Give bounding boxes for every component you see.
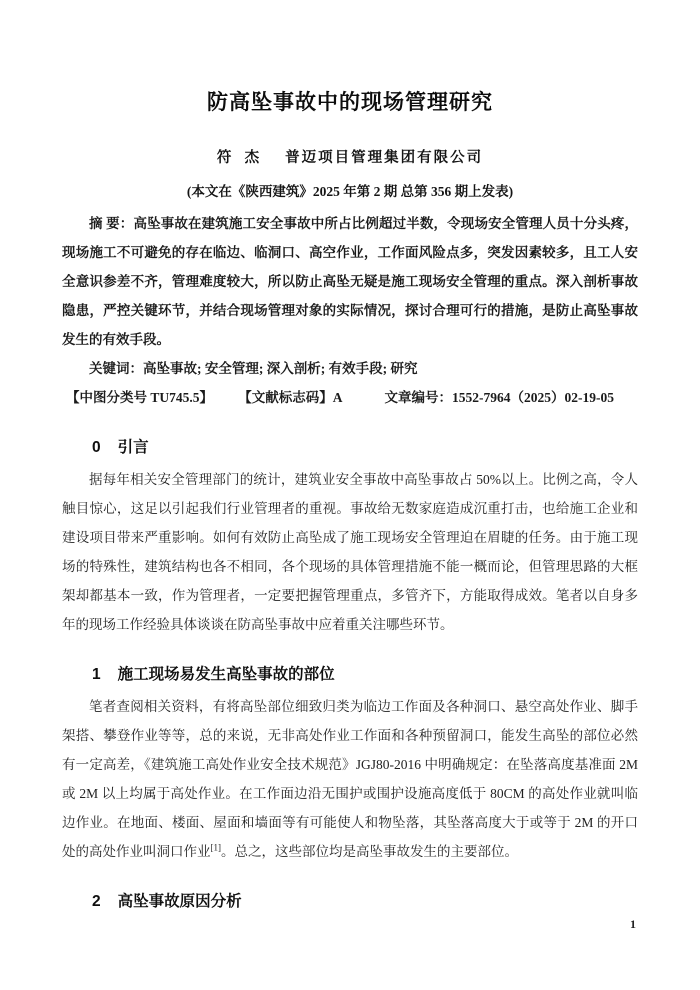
section-number: 1 — [92, 666, 101, 683]
meta-line: 【中图分类号 TU745.5】【文献标志码】A文章编号：1552-7964（20… — [62, 383, 638, 412]
section-title: 高坠事故原因分析 — [118, 893, 242, 910]
section-heading-1: 1施工现场易发生高坠事故的部位 — [62, 662, 638, 684]
article-number: 文章编号：1552-7964（2025）02-19-05 — [385, 390, 615, 405]
abstract: 摘 要：高坠事故在建筑施工安全事故中所占比例超过半数，令现场安全管理人员十分头疼… — [62, 209, 638, 354]
paper-page: 防高坠事故中的现场管理研究 符 杰普迈项目管理集团有限公司 (本文在《陕西建筑》… — [0, 0, 700, 990]
section-number: 2 — [92, 893, 101, 910]
author-name: 符 杰 — [217, 150, 261, 166]
document-code: 【文献标志码】A — [245, 390, 343, 405]
section-title: 引言 — [118, 439, 149, 456]
paragraph-text: 。总之，这些部位均是高坠事故发生的主要部位。 — [221, 844, 518, 859]
page-title: 防高坠事故中的现场管理研究 — [62, 86, 638, 116]
page-number: 1 — [630, 917, 636, 932]
keywords-label: 关键词： — [89, 361, 143, 376]
clc-number: 【中图分类号 TU745.5】 — [66, 390, 213, 405]
section-heading-0: 0引言 — [62, 435, 638, 457]
publication-note: (本文在《陕西建筑》2025 年第 2 期 总第 356 期上发表) — [62, 180, 638, 200]
keywords-line: 关键词：高坠事故; 安全管理; 深入剖析; 有效手段; 研究 — [62, 354, 638, 383]
abstract-label: 摘 要： — [89, 216, 133, 231]
section-number: 0 — [92, 439, 101, 456]
author-affiliation: 普迈项目管理集团有限公司 — [285, 150, 483, 166]
paragraph-text: 笔者查阅相关资料，有将高坠部位细致归类为临边工作面及各种洞口、悬空高处作业、脚手… — [62, 699, 638, 859]
section-title: 施工现场易发生高坠事故的部位 — [118, 666, 335, 683]
section-0-paragraph: 据每年相关安全管理部门的统计，建筑业安全事故中高坠事故占 50%以上。比例之高，… — [62, 465, 638, 639]
section-1-paragraph: 笔者查阅相关资料，有将高坠部位细致归类为临边工作面及各种洞口、悬空高处作业、脚手… — [62, 692, 638, 866]
citation-superscript: [1] — [211, 843, 222, 853]
keywords-text: 高坠事故; 安全管理; 深入剖析; 有效手段; 研究 — [143, 361, 417, 376]
abstract-text: 高坠事故在建筑施工安全事故中所占比例超过半数，令现场安全管理人员十分头疼，现场施… — [62, 216, 638, 347]
author-line: 符 杰普迈项目管理集团有限公司 — [62, 146, 638, 167]
section-heading-2: 2高坠事故原因分析 — [62, 889, 638, 911]
